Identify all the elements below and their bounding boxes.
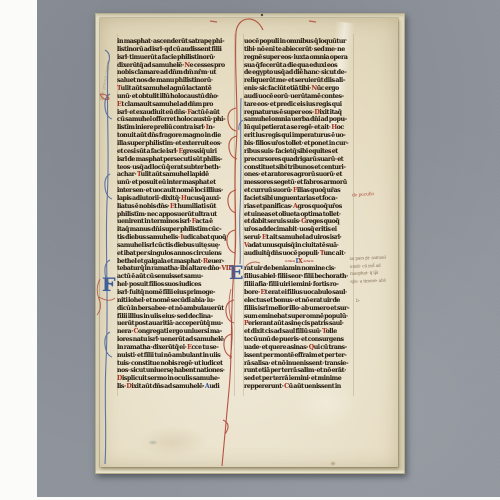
- text-line: runt etiā per terrā salim· et nō erāt·: [244, 367, 354, 375]
- text-line: sua q̄ fecerūt a die qua eduxi eos: [244, 62, 354, 70]
- text-line: nera· Congregati ergo uniuersi ma-: [117, 328, 235, 336]
- text-line: tibi· nō enī te abiecerūt· sed me· ne: [244, 46, 354, 54]
- text-line: in masphat· ascenderūt satrapę phi-: [117, 38, 235, 46]
- text-line: isrl̄· fuitq̄ nomē filii eius primoge-: [117, 289, 235, 297]
- text-line: unū· et posuit eū inter masphat et: [117, 179, 235, 187]
- text-line: cū samuhel offerret holocaustū· phi-: [117, 116, 235, 124]
- text-line: illa super philistīm· et exterruit eos·: [117, 140, 235, 148]
- text-line: itaq̄ manus dn̄i super philistīm cūc-: [117, 226, 235, 234]
- parchment-chip: [330, 461, 336, 466]
- text-line: ones· et aratores agrorū suorū· et: [244, 171, 354, 179]
- text-line: iores natu isrl̄· uenerūt ad samuhelē: [117, 336, 235, 344]
- text-line: tecū unū de pueris· et consurgens: [244, 336, 354, 344]
- text-line: serui· Et ait samuhel ad uiros isrl̄·: [244, 234, 354, 242]
- text-line: Vadat unusquisq̄ in ciuitatē suā·: [244, 242, 354, 250]
- text-line: in ramatha· dixerūtq̄ ei· Ecce tu se-: [117, 344, 235, 352]
- manuscript-photo: in masphat· ascenderūt satrapę phi-listi…: [0, 0, 500, 500]
- text-line: Tulit aūt samuhel agnū lactantē: [117, 85, 235, 93]
- text-line: uocē populi in omnibus q̄ loquūtur: [244, 38, 354, 46]
- text-line: listīm iniere preliū contra isrl̄· In-: [117, 124, 235, 132]
- manuscript-leaf: in masphat· ascenderūt satrapę phi-listi…: [100, 18, 398, 467]
- text-line: samuhel isrl̄ cūctis diebus uitę suę·: [117, 242, 235, 250]
- text-line: bethel et galgala et masphat· Reuer-: [117, 258, 235, 266]
- chapter-initial-e: E: [229, 266, 243, 281]
- text-line: tonuit aūt dn̄s fragore magno in die: [117, 132, 235, 140]
- text-line: bore· Et erat ei filius uocabulo saul·: [244, 289, 354, 297]
- text-line: isrl̄· et exaudiuit eū dn̄s· Factū ē aūt: [117, 109, 235, 117]
- text-line: et ibat per singulos annos circuiens: [117, 250, 235, 258]
- chapter-initial-f: F: [102, 278, 116, 293]
- text-line: messores segetū· et fabros armorū: [244, 179, 354, 187]
- text-line: sum eminebat super omnē populū·: [244, 313, 354, 321]
- text-line: Et clamauit samuhel ad dn̄m pro: [117, 101, 235, 109]
- text-line: filiis isrl̄ melior illo· ab umero et su…: [244, 305, 354, 313]
- text-line: tuis· constitue nobis regē· ut iudicet: [117, 360, 235, 368]
- text-line: filii afia· filii uiri iemini· fortis ro…: [244, 281, 354, 289]
- text-line: Displicuit sermo in oculis samuhe-: [117, 375, 235, 383]
- text-line: et uineas et oliueta optima tollet·: [244, 211, 354, 219]
- text-line: nos· sicut uniuersę habent nationes·: [117, 367, 235, 375]
- text-line: lū qui petierat a se regē· et ait· Hoc: [244, 124, 354, 132]
- parchment-stain: [148, 440, 158, 445]
- text-line: bis· filios ur̄os tollet· et ponet in cu…: [244, 140, 354, 148]
- text-line: sed et per terrā iemini· et minime: [244, 375, 354, 383]
- text-line: lapis adiutorii· dixitq̄· Hucusq̄ auxi-: [117, 195, 235, 203]
- text-line: enis· sic faciūt etiā tibi· Nūc ergo: [244, 85, 354, 93]
- text-line: –~– IX –~–: [244, 258, 354, 266]
- text-line: liatus ē nobis dn̄s· Et humiliati sūt: [117, 203, 235, 211]
- text-line: listinorū ad isrl̄· qd̄ cū audissent fil…: [117, 46, 235, 54]
- text-line: ribus suis· facietq̄ sibi equites et: [244, 148, 354, 156]
- text-line: hel· posuit filios suos iudices: [117, 281, 235, 289]
- text-line: constituet sibi tribunos et centuri-: [244, 164, 354, 172]
- text-column-left: in masphat· ascenderūt satrapę phi-listi…: [117, 38, 235, 391]
- text-line: actū ē aūt cū senuisset samu-: [117, 273, 235, 281]
- text-line: tebaturq̄ in ramatha· ibi altare dn̄o· V…: [117, 265, 235, 273]
- text-line: erit ius regis qui imperaturus ē uo-: [244, 132, 354, 140]
- text-line: audi uocē eorū· uerūtamē contes-: [244, 93, 354, 101]
- text-line: inter sen· et uocauit nomē loci illius·: [117, 187, 235, 195]
- text-line: rias et panificas· Agros quoq̄ ur̄os: [244, 203, 354, 211]
- text-line: rā salisa· et nō inuenissent· transie-: [244, 360, 354, 368]
- text-line: niti iohel· et nomē secūdi abia· iu-: [117, 297, 235, 305]
- text-line: tis diebus samuhelis· Iudicabat quoq̄: [117, 234, 235, 242]
- text-line: issent per montē effraim et per ter-: [244, 352, 354, 360]
- text-line: filius abiel· filii seor· filii bechorat…: [244, 273, 354, 281]
- text-line: dicū in bersabee· et nō ambulauerūt: [117, 305, 235, 313]
- text-line: teos· usq̄ ad locū q̄ erat subter beth-: [117, 164, 235, 172]
- text-line: filii illius in uiis eius· sed declina-: [117, 313, 235, 321]
- text-line: philistīm· nec apposuerūt ultra ut: [117, 211, 235, 219]
- text-line: unū· et obtulit illū holocaustū dn̄o·: [117, 93, 235, 101]
- text-line: uade· et quere asinas· Qui cū trans-: [244, 344, 354, 352]
- text-line: reppererunt· Cū aūt uenissent in: [244, 383, 354, 391]
- marginal-mark: b·: [356, 298, 360, 306]
- text-line: et dixit cis ad saul filiū suū· Tolle: [244, 328, 354, 336]
- text-line: ur̄os addecimabit· uosq̄ eritis ei: [244, 226, 354, 234]
- text-line: lis· Dixit aūt dn̄s ad samuhelē· Audi: [117, 383, 235, 391]
- text-line: de egypto usq̄ ad diē hanc· sicut de-: [244, 69, 354, 77]
- text-line: nuisti· et filii tui nō ambulant in uiis: [117, 352, 235, 360]
- text-line: precursores quadrigarū suarū· et: [244, 156, 354, 164]
- marginal-gloss: xa pars p̄i· samuelunxit· cū isrl̄ admas…: [349, 254, 398, 286]
- text-line: isrl̄ de masphat persecuti sūt philis-: [117, 156, 235, 164]
- text-line: reliquerūt me· et seruierūt diis ali-: [244, 77, 354, 85]
- text-line: saluet nos de manu philistinorū·: [117, 77, 235, 85]
- text-line: electus et bonus· et nō erat uir de: [244, 297, 354, 305]
- text-line: regnaturus ē super eos· Dixit itaq̄: [244, 109, 354, 117]
- text-line: uerūt post auaritiā· acceperūtq̄ mu-: [117, 320, 235, 328]
- text-line: dixerūtq̄ ad samuhelē· Ne cesses pro: [117, 62, 235, 70]
- text-line: isrl̄· timuerūt a facie philistinorū·: [117, 54, 235, 62]
- text-line: tare eos· et predic eis ius regis qui: [244, 101, 354, 109]
- text-column-right: uocē populi in omnibus q̄ loquūturtibi· …: [244, 38, 354, 391]
- text-line: rat uir de beniamin nomine cis·: [244, 265, 354, 273]
- text-line: et curruū suorū· Filias quoq̄ ur̄as: [244, 187, 354, 195]
- text-line: Perierant aūt asinę cis patris saul·: [244, 320, 354, 328]
- text-line: achar· Tulit aūt samuhel lapidē: [117, 171, 235, 179]
- text-line: regnē super eos· iuxta omnia opera: [244, 54, 354, 62]
- text-line: audiuitq̄ dn̄s uocē populi· Tunc ait·: [244, 250, 354, 258]
- text-line: et cesi sūt a facie isrl̄· Egressiq̄ uir…: [117, 148, 235, 156]
- text-line: samuhel omnia uerba dn̄i ad popu-: [244, 116, 354, 124]
- text-line: nobis clamare ad dn̄m dm̄ nr̄m· ut: [117, 69, 235, 77]
- text-line: et dabit seruis suis· Greges quoq̄: [244, 218, 354, 226]
- text-line: faciet sibi unguentarias et foca-: [244, 195, 354, 203]
- text-line: uenirent in terminos isrl̄· Facta ē: [117, 218, 235, 226]
